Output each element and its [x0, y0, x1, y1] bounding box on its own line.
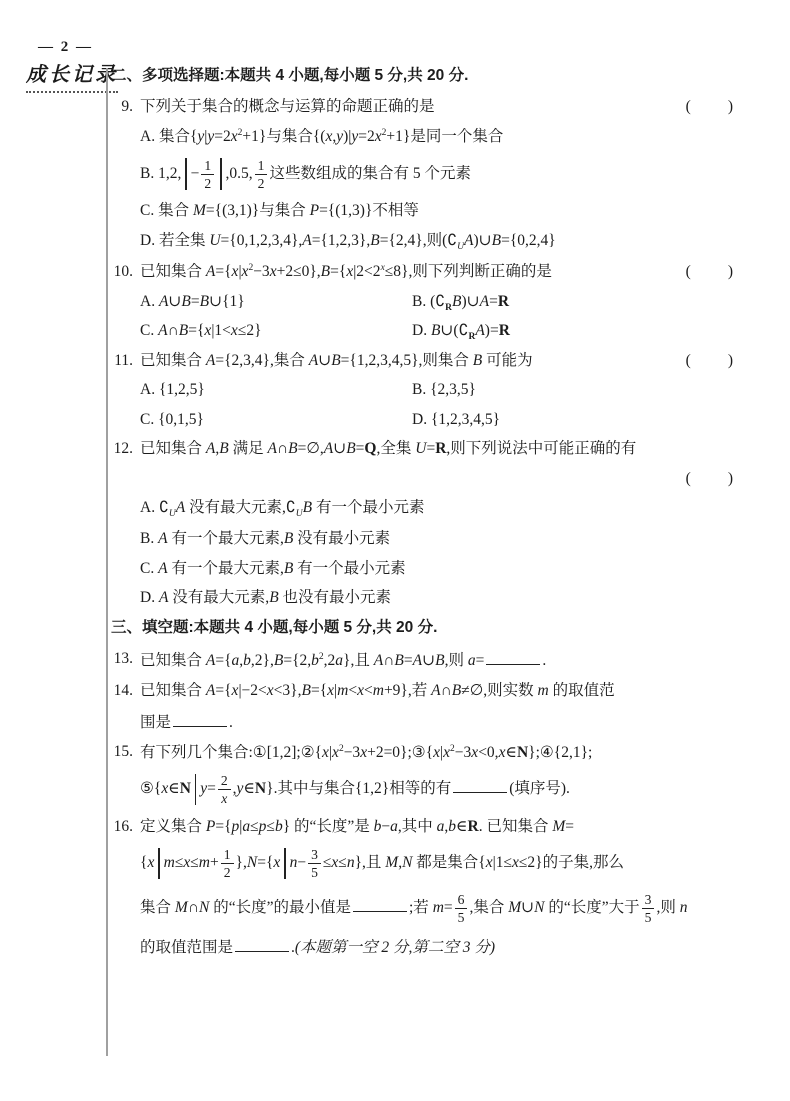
question-number: 9.	[107, 97, 133, 117]
question-number: 15.	[107, 742, 133, 762]
document-body: 二、多项选择题:本题共 4 小题,每小题 5 分,共 20 分.9.下列关于集合…	[107, 66, 737, 967]
set-builder-bar	[284, 848, 285, 880]
fraction: 12	[201, 158, 214, 192]
answer-blank	[453, 777, 507, 794]
text-line: C. A 有一个最大元素,B 有一个最小元素	[107, 559, 737, 579]
text-line: A. A∪B=B∪{1}B. (∁RB)∪A=R	[107, 292, 737, 312]
text-line: {xm≤x≤m+12},N={xn−35≤x≤n},且 M,N 都是集合{x|1…	[107, 846, 737, 882]
page-number: — 2 —	[38, 39, 93, 56]
set-builder-bar	[195, 774, 196, 806]
question-number: 12.	[107, 439, 133, 459]
fraction: 35	[308, 847, 321, 881]
question-line: 15.有下列几个集合:①[1,2];②{x|x2−3x+2=0};③{x|x2−…	[107, 742, 737, 763]
text-line: A. 集合{y|y=2x2+1}与集合{(x,y)|y=2x2+1}是同一个集合	[107, 127, 737, 148]
option-column-2: B. {2,3,5}	[412, 380, 476, 400]
set-builder-bar	[185, 158, 186, 190]
section-heading: 三、填空题:本题共 4 小题,每小题 5 分,共 20 分.	[107, 618, 737, 638]
text-line: D. 若全集 U={0,1,2,3,4},A={1,2,3},B={2,4},则…	[107, 231, 737, 254]
question-number: 10.	[107, 262, 133, 282]
option-column-2: B. (∁RB)∪A=R	[412, 292, 509, 315]
question-line: 14.已知集合 A={x|−2<x<3},B={x|m<x<m+9},若 A∩B…	[107, 681, 737, 701]
answer-bracket: ( )	[686, 262, 735, 282]
text-line: B. 1,2,−12,0.5,12这些数组成的集合有 5 个元素	[107, 157, 737, 193]
text-line: 集合 M∩N 的“长度”的最小值是;若 m=65,集合 M∪N 的“长度”大于3…	[107, 891, 737, 927]
fraction: 65	[455, 892, 468, 926]
answer-blank	[173, 710, 227, 727]
question-line: 10.已知集合 A={x|x2−3x+2≤0},B={x|2<2x≤8},则下列…	[107, 262, 737, 283]
answer-blank	[486, 649, 540, 666]
answer-blank	[353, 895, 407, 912]
question-line: 13.已知集合 A={a,b,2},B={2,b2,2a},且 A∩B=A∪B,…	[107, 649, 737, 672]
option-column-2: D. B∪(∁RA)=R	[412, 321, 510, 344]
fraction: 2x	[218, 773, 231, 807]
section-heading: 二、多项选择题:本题共 4 小题,每小题 5 分,共 20 分.	[107, 66, 737, 86]
answer-blank	[235, 935, 289, 952]
option-column-2: D. {1,2,3,4,5}	[412, 410, 500, 430]
question-number: 13.	[107, 649, 133, 669]
set-builder-bar	[158, 848, 159, 880]
answer-bracket: ( )	[686, 469, 735, 489]
fraction: 12	[221, 847, 234, 881]
fraction: 12	[255, 158, 268, 192]
text-line: C. A∩B={x|1<x≤2}D. B∪(∁RA)=R	[107, 321, 737, 341]
answer-bracket: ( )	[686, 351, 735, 371]
exam-page: — 2 — 成长记录 二、多项选择题:本题共 4 小题,每小题 5 分,共 20…	[0, 0, 790, 1101]
margin-label: 成长记录	[26, 58, 118, 93]
set-builder-bar	[220, 158, 221, 190]
question-number: 14.	[107, 681, 133, 701]
question-number: 11.	[107, 351, 133, 371]
question-line: 11.已知集合 A={2,3,4},集合 A∪B={1,2,3,4,5},则集合…	[107, 351, 737, 371]
text-line: 围是.	[107, 710, 737, 733]
question-line: 16.定义集合 P={p|a≤p≤b} 的“长度”是 b−a,其中 a,b∈R.…	[107, 817, 737, 837]
text-line: 的取值范围是.(本题第一空 2 分,第二空 3 分)	[107, 935, 737, 958]
text-line: ( )	[107, 469, 737, 489]
question-line: 9.下列关于集合的概念与运算的命题正确的是( )	[107, 97, 737, 117]
question-number: 16.	[107, 817, 133, 837]
text-line: C. 集合 M={(3,1)}与集合 P={(1,3)}不相等	[107, 201, 737, 221]
answer-bracket: ( )	[686, 97, 735, 117]
text-line: D. A 没有最大元素,B 也没有最小元素	[107, 588, 737, 608]
question-line: 12.已知集合 A,B 满足 A∩B=∅,A∪B=Q,全集 U=R,则下列说法中…	[107, 439, 737, 459]
text-line: A. ∁UA 没有最大元素,∁UB 有一个最小元素	[107, 498, 737, 521]
text-line: A. {1,2,5}B. {2,3,5}	[107, 380, 737, 400]
fraction: 35	[642, 892, 655, 926]
text-line: B. A 有一个最大元素,B 没有最小元素	[107, 529, 737, 549]
text-line: ⑤{x∈Ny=2x,y∈N}.其中与集合{1,2}相等的有(填序号).	[107, 772, 737, 808]
text-line: C. {0,1,5}D. {1,2,3,4,5}	[107, 410, 737, 430]
